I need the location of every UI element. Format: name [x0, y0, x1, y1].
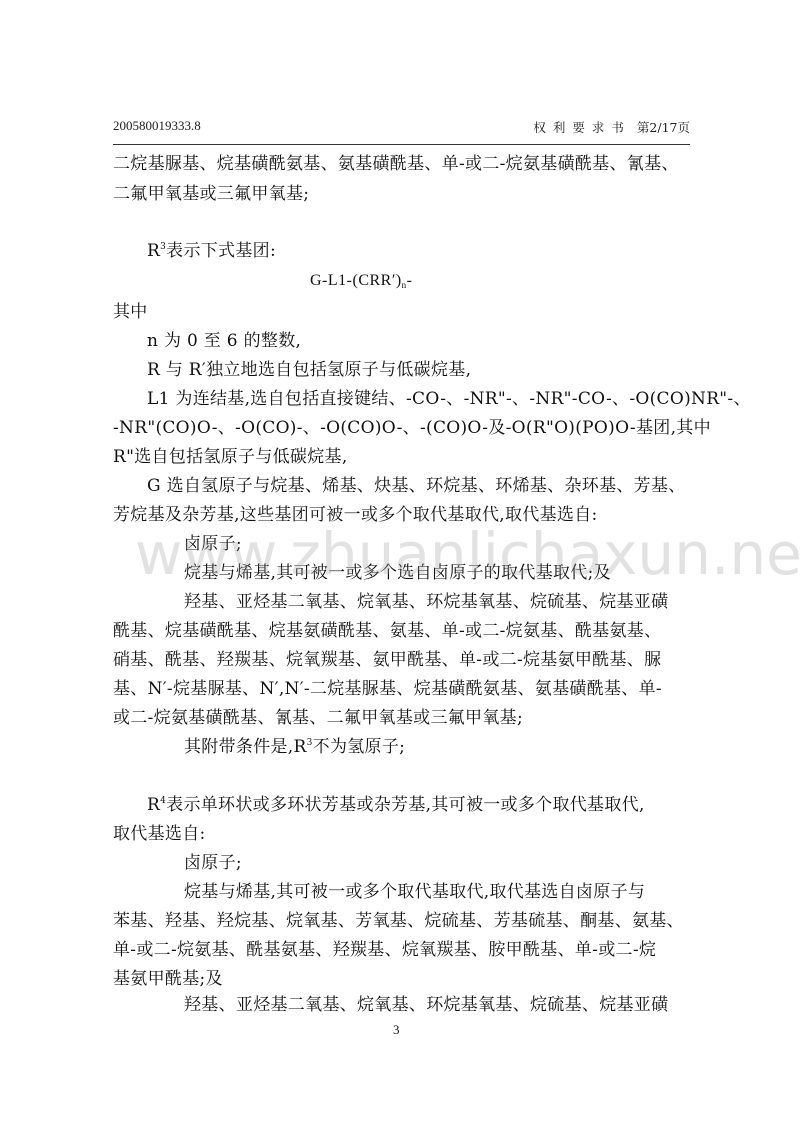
text-line: 不为氢原子; [313, 737, 406, 757]
text-line: 表示下式基团: [166, 241, 276, 261]
text-line: 或二-烷氨基磺酰基、氰基、二氟甲氧基或三氟甲氧基; [113, 707, 693, 729]
chemical-formula: G-L1-(CRR′)n- [310, 270, 610, 292]
text-line: R 与 R′独立地选自包括氢原子与低碳烷基, [147, 359, 727, 381]
page-header: 200580019333.8 权利要求书第2/17页 [113, 118, 690, 138]
text-line: 烷基与烯基,其可被一或多个选自卤原子的取代基取代;及 [184, 562, 764, 584]
document-type: 权利要求书 [533, 120, 631, 135]
text-line: 基、N′-烷基脲基、N′,N′-二烷基脲基、烷基磺酰氨基、氨基磺酰基、单- [113, 678, 693, 700]
text-line: 烷基与烯基,其可被一或多个取代基取代,取代基选自卤原子与 [184, 881, 764, 903]
text-line: n 为 0 至 6 的整数, [147, 330, 727, 352]
text-line: L1 为连结基,选自包括直接键结、-CO-、-NR"-、-NR"-CO-、-O(… [147, 388, 727, 410]
text-line: 羟基、亚烃基二氧基、烷氧基、环烷基氧基、烷硫基、烷基亚磺 [184, 591, 764, 613]
text-line: 基氨甲酰基;及 [113, 968, 693, 990]
patent-page: 200580019333.8 权利要求书第2/17页 二烷基脲基、烷基磺酰氨基、… [0, 0, 800, 1133]
text-line: 苯基、羟基、羟烷基、烷氧基、芳氧基、烷硫基、芳基硫基、酮基、氨基、 [113, 910, 693, 932]
text-line: R"选自包括氢原子与低碳烷基, [113, 446, 693, 468]
text-line: 卤原子; [184, 533, 764, 555]
text-line: 酰基、烷基磺酰基、烷基氨磺酰基、氨基、单-或二-烷氨基、酰基氨基、 [113, 620, 693, 642]
page-number: 3 [393, 1022, 400, 1038]
formula-tail: - [407, 272, 413, 289]
header-right: 权利要求书第2/17页 [533, 118, 690, 136]
text-line: 卤原子; [184, 852, 764, 874]
r4-definition: R4表示单环状或多环状芳基或杂芳基,其可被一或多个取代基取代, [147, 794, 727, 816]
r3-symbol: R [294, 737, 307, 757]
text-line: 取代基选自: [113, 823, 693, 845]
text-line: 其附带条件是, [184, 737, 294, 757]
header-divider [113, 144, 690, 145]
text-line: 芳烷基及杂芳基,这些基团可被一或多个取代基取代,取代基选自: [113, 504, 693, 526]
proviso-line: 其附带条件是,R3不为氢原子; [184, 736, 764, 758]
text-line: 羟基、亚烃基二氧基、烷氧基、环烷基氧基、烷硫基、烷基亚磺 [184, 994, 764, 1016]
text-line: -NR"(CO)O-、-O(CO)-、-O(CO)O-、-(CO)O-及-O(R… [113, 417, 693, 439]
r3-definition: R3表示下式基团: [147, 240, 727, 262]
formula-main: G-L1-(CRR′) [310, 272, 402, 289]
r3-symbol: R [147, 241, 160, 261]
text-line: 二烷基脲基、烷基磺酰氨基、氨基磺酰基、单-或二-烷氨基磺酰基、氰基、 [113, 153, 693, 175]
text-line: 二氟甲氧基或三氟甲氧基; [113, 183, 693, 205]
page-label: 第2/17页 [637, 120, 690, 135]
text-line: 其中 [113, 301, 693, 323]
text-line: 表示单环状或多环状芳基或杂芳基,其可被一或多个取代基取代, [166, 795, 645, 815]
text-line: 硝基、酰基、羟羰基、烷氧羰基、氨甲酰基、单-或二-烷基氨甲酰基、脲 [113, 649, 693, 671]
document-number: 200580019333.8 [113, 118, 201, 134]
text-line: 单-或二-烷氨基、酰基氨基、羟羰基、烷氧羰基、胺甲酰基、单-或二-烷 [113, 939, 693, 961]
text-line: G 选自氢原子与烷基、烯基、炔基、环烷基、环烯基、杂环基、芳基、 [147, 475, 727, 497]
r4-symbol: R [147, 795, 160, 815]
